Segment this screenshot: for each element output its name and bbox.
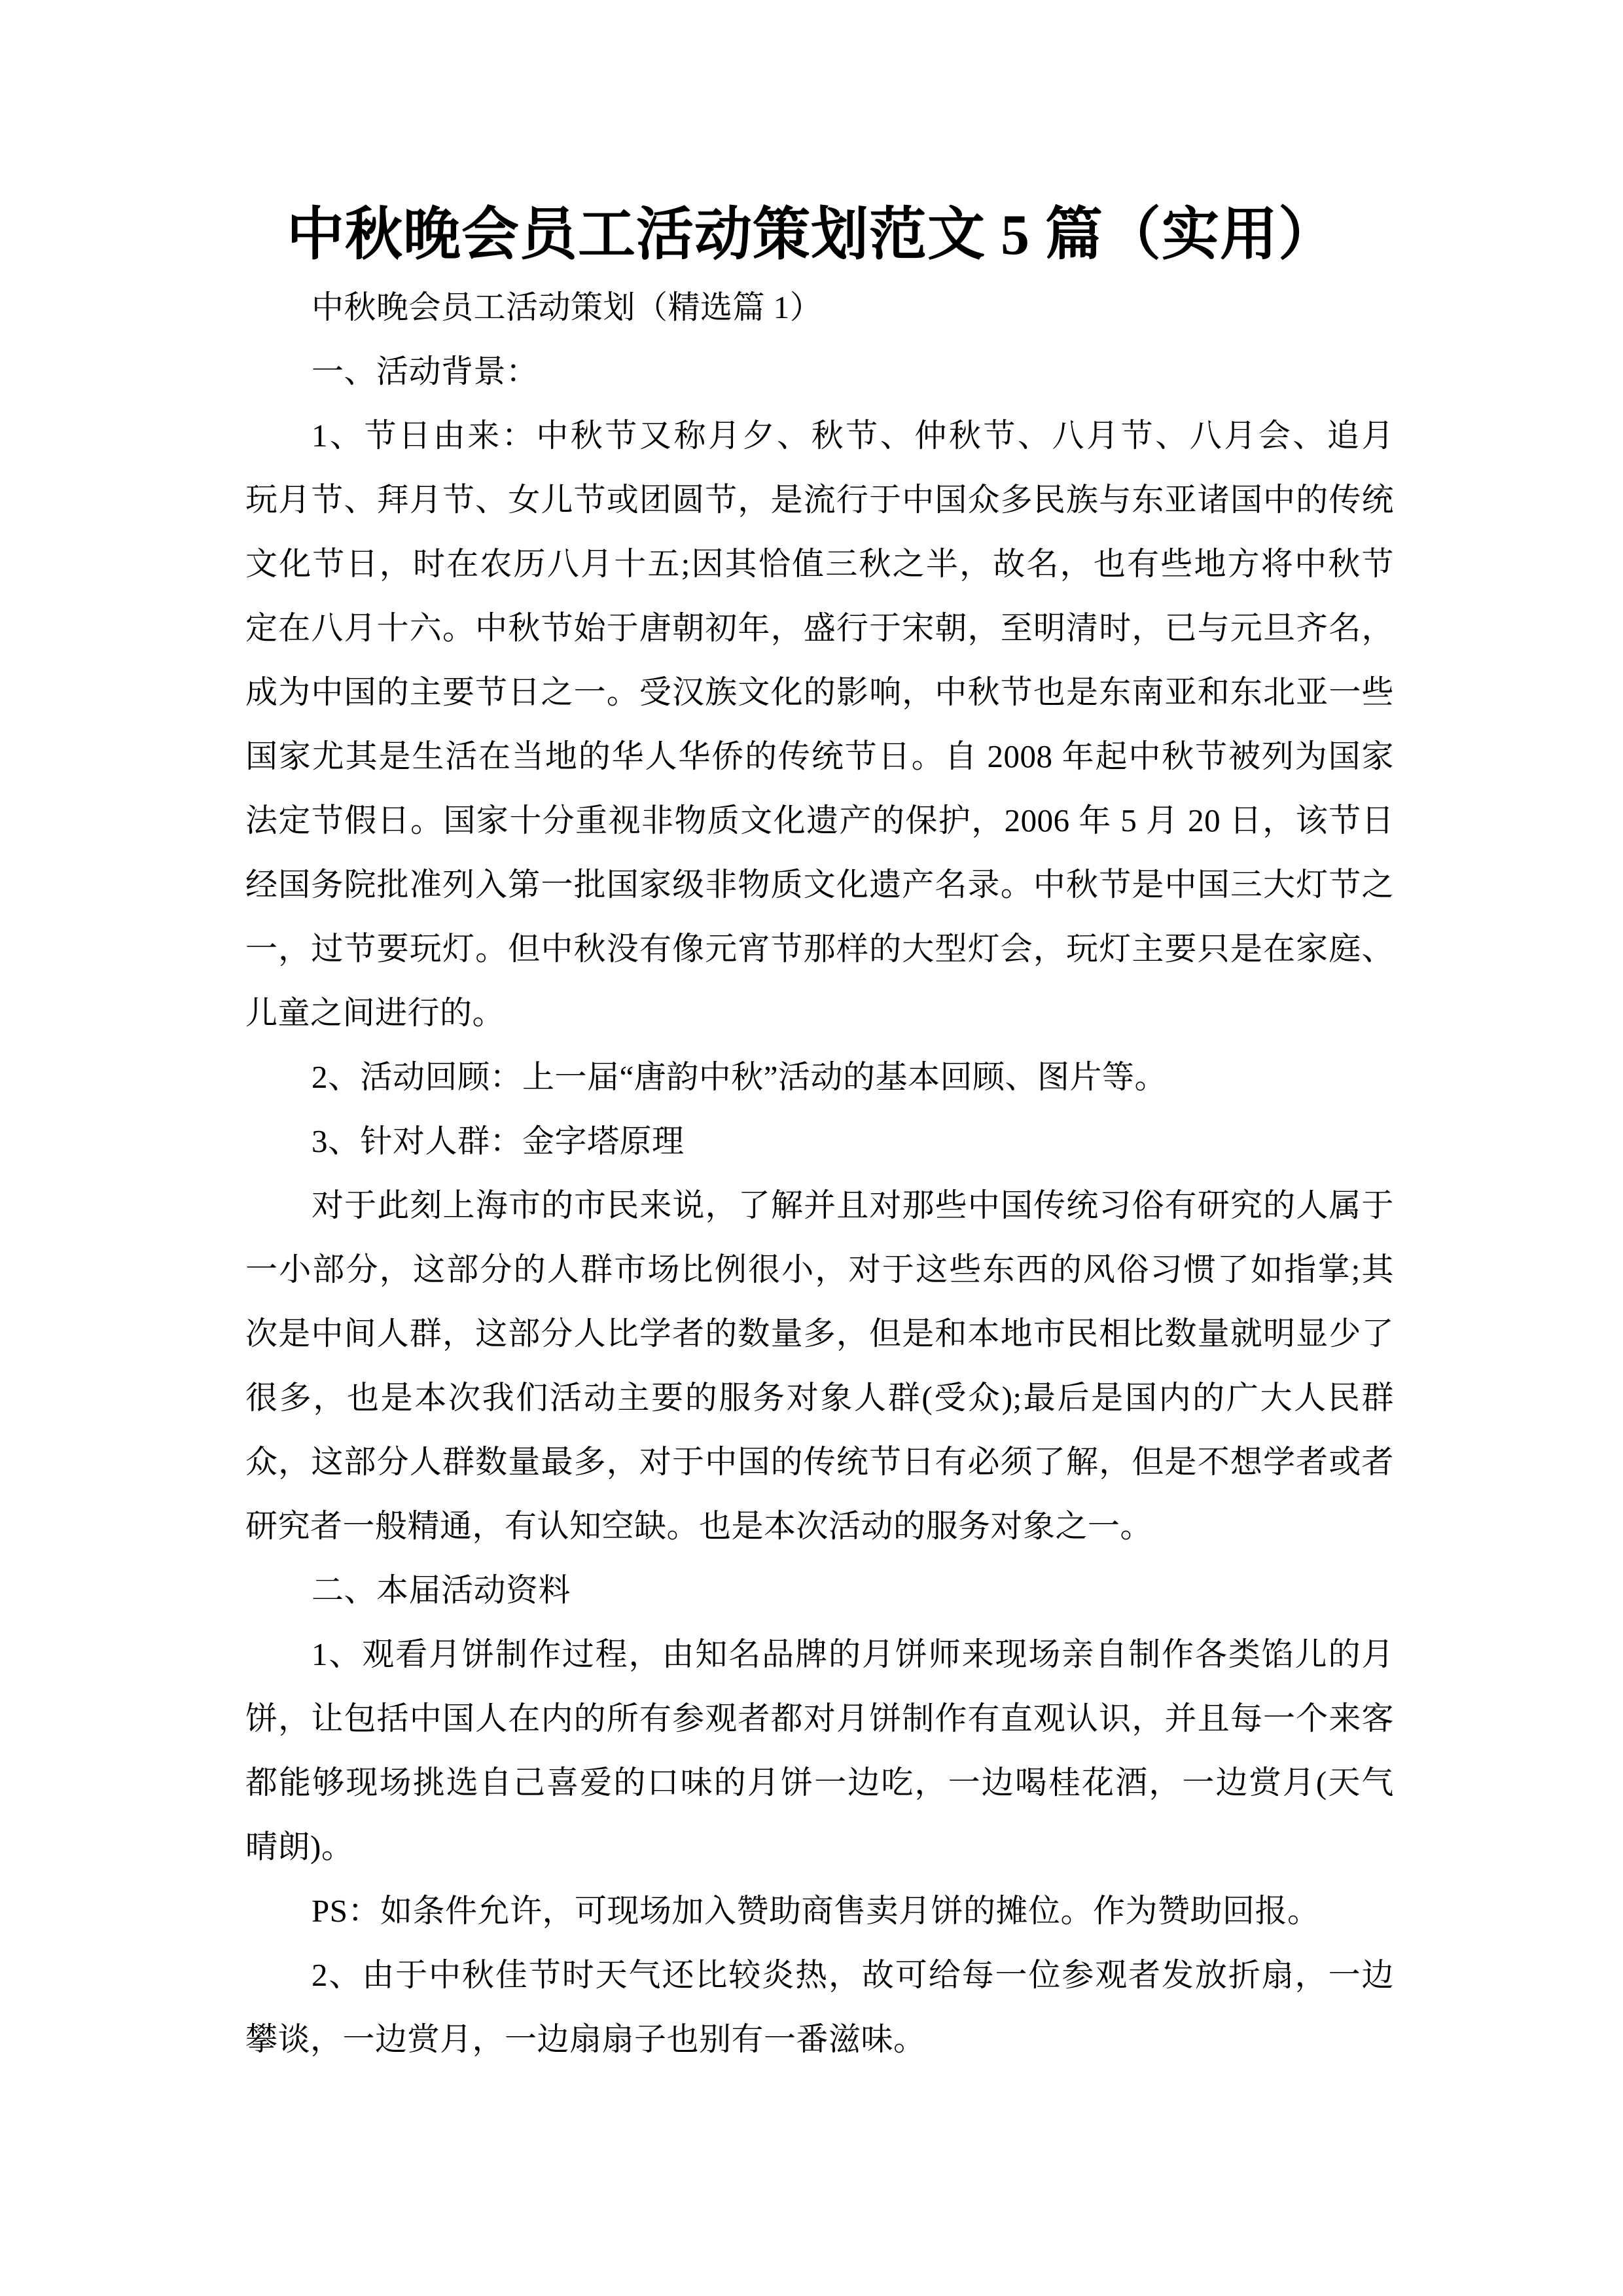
text-line: 1、观看月饼制作过程，由知名品牌的月饼师来现场亲自制作各类馅儿的月 — [245, 1623, 1394, 1687]
text-line: 饼，让包括中国人在内的所有参观者都对月饼制作有直观认识，并且每一个来客 — [245, 1687, 1394, 1751]
text-line: 2、活动回顾：上一届“唐韵中秋”活动的基本回顾、图片等。 — [245, 1045, 1394, 1109]
text-line: 很多，也是本次我们活动主要的服务对象人群(受众);最后是国内的广大人民群 — [245, 1366, 1394, 1430]
text-line: 儿童之间进行的。 — [245, 981, 1394, 1045]
text-line: 二、本届活动资料 — [245, 1558, 1394, 1623]
paragraph-target-audience-heading: 3、针对人群：金字塔原理 — [245, 1109, 1394, 1174]
text-line: PS：如条件允许，可现场加入赞助商售卖月饼的摊位。作为赞助回报。 — [245, 1879, 1394, 1943]
paragraph-heading-activity-background: 一、活动背景： — [245, 340, 1394, 404]
text-line: 研究者一般精通，有认知空缺。也是本次活动的服务对象之一。 — [245, 1494, 1394, 1558]
paragraph-activity-review: 2、活动回顾：上一届“唐韵中秋”活动的基本回顾、图片等。 — [245, 1045, 1394, 1109]
text-line: 一、活动背景： — [245, 340, 1394, 404]
text-line: 对于此刻上海市的市民来说，了解并且对那些中国传统习俗有研究的人属于 — [245, 1174, 1394, 1238]
text-line: 文化节日，时在农历八月十五;因其恰值三秋之半，故名，也有些地方将中秋节 — [245, 532, 1394, 596]
document-page: 中秋晚会员工活动策划范文 5 篇（实用） 中秋晚会员工活动策划（精选篇 1）一、… — [0, 0, 1623, 2296]
text-line: 玩月节、拜月节、女儿节或团圆节，是流行于中国众多民族与东亚诸国中的传统 — [245, 468, 1394, 532]
text-line: 法定节假日。国家十分重视非物质文化遗产的保护，2006 年 5 月 20 日，该… — [245, 789, 1394, 853]
document-title: 中秋晚会员工活动策划范文 5 篇（实用） — [0, 202, 1623, 270]
text-line: 次是中间人群，这部分人比学者的数量多，但是和本地市民相比数量就明显少了 — [245, 1302, 1394, 1366]
text-line: 晴朗)。 — [245, 1815, 1394, 1879]
text-line: 2、由于中秋佳节时天气还比较炎热，故可给每一位参观者发放折扇，一边 — [245, 1943, 1394, 2007]
document-body: 中秋晚会员工活动策划（精选篇 1）一、活动背景：1、节日由来：中秋节又称月夕、秋… — [245, 276, 1394, 2072]
text-line: 都能够现场挑选自己喜爱的口味的月饼一边吃，一边喝桂花酒，一边赏月(天气 — [245, 1751, 1394, 1815]
paragraph-folding-fan: 2、由于中秋佳节时天气还比较炎热，故可给每一位参观者发放折扇，一边攀谈，一边赏月… — [245, 1943, 1394, 2072]
paragraph-ps-note: PS：如条件允许，可现场加入赞助商售卖月饼的摊位。作为赞助回报。 — [245, 1879, 1394, 1943]
text-line: 国家尤其是生活在当地的华人华侨的传统节日。自 2008 年起中秋节被列为国家 — [245, 725, 1394, 789]
text-line: 经国务院批准列入第一批国家级非物质文化遗产名录。中秋节是中国三大灯节之 — [245, 853, 1394, 917]
text-line: 1、节日由来：中秋节又称月夕、秋节、仲秋节、八月节、八月会、追月节、 — [245, 404, 1394, 468]
text-line: 一，过节要玩灯。但中秋没有像元宵节那样的大型灯会，玩灯主要只是在家庭、 — [245, 917, 1394, 981]
text-line: 攀谈，一边赏月，一边扇扇子也别有一番滋味。 — [245, 2007, 1394, 2072]
text-line: 众，这部分人群数量最多，对于中国的传统节日有必须了解，但是不想学者或者 — [245, 1430, 1394, 1494]
paragraph-mooncake-making: 1、观看月饼制作过程，由知名品牌的月饼师来现场亲自制作各类馅儿的月饼，让包括中国… — [245, 1623, 1394, 1879]
paragraph-festival-origin: 1、节日由来：中秋节又称月夕、秋节、仲秋节、八月节、八月会、追月节、玩月节、拜月… — [245, 404, 1394, 1045]
text-line: 一小部分，这部分的人群市场比例很小，对于这些东西的风俗习惯了如指掌;其 — [245, 1238, 1394, 1302]
text-line: 中秋晚会员工活动策划（精选篇 1） — [245, 276, 1394, 340]
paragraph-target-audience-detail: 对于此刻上海市的市民来说，了解并且对那些中国传统习俗有研究的人属于一小部分，这部… — [245, 1174, 1394, 1558]
text-line: 3、针对人群：金字塔原理 — [245, 1109, 1394, 1174]
paragraph-subtitle: 中秋晚会员工活动策划（精选篇 1） — [245, 276, 1394, 340]
paragraph-heading-activity-materials: 二、本届活动资料 — [245, 1558, 1394, 1623]
text-line: 定在八月十六。中秋节始于唐朝初年，盛行于宋朝，至明清时，已与元旦齐名， — [245, 596, 1394, 660]
text-line: 成为中国的主要节日之一。受汉族文化的影响，中秋节也是东南亚和东北亚一些 — [245, 660, 1394, 725]
